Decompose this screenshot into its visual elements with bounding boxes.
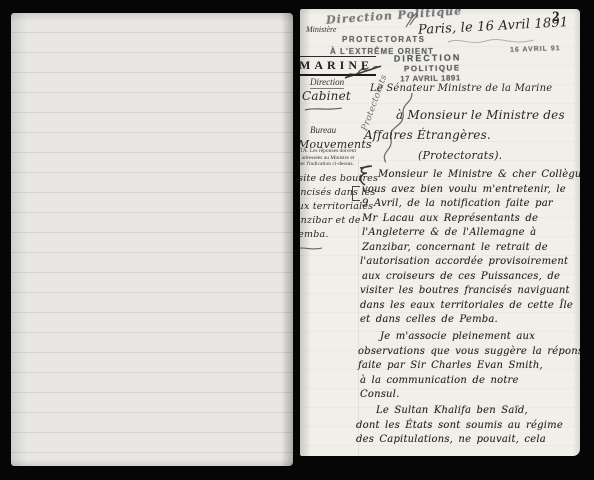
letter-body-line: Le Sultan Khalifa ben Saïd, bbox=[376, 405, 528, 416]
letterhead-bureau-label: Bureau bbox=[310, 125, 336, 135]
letter-body-line: visiter les boutres francisés naviguant bbox=[360, 285, 570, 296]
letter-body-line: Monsieur le Ministre & cher Collègue, bbox=[378, 169, 580, 180]
margin-bracket bbox=[352, 186, 360, 201]
margin-note-line: Zanzibar et de bbox=[300, 215, 361, 226]
letter-body-line: des Capitulations, ne pouvait, cela bbox=[356, 434, 546, 445]
cabinet-underline-flourish bbox=[304, 105, 344, 113]
direction-politique-date-stamp: DIRECTION POLITIQUE 17 AVRIL 1891 bbox=[394, 52, 462, 83]
address-recipient: à Monsieur le Ministre des bbox=[396, 108, 565, 122]
receipt-date-stamp: 16 AVRIL 91 bbox=[510, 45, 561, 54]
letter-body-line: dans les eaux territoriales de cette Île bbox=[360, 300, 573, 311]
letter-body-line: observations que vous suggère la réponse bbox=[358, 346, 580, 357]
direction-stamp-line3: 17 AVRIL 1891 bbox=[400, 73, 462, 83]
letter-body-line: faite par Sir Charles Evan Smith, bbox=[358, 360, 543, 371]
letter-body-line: Zanzibar, concernant le retrait de bbox=[362, 242, 548, 253]
letter-body-line: dont les États sont soumis au régime bbox=[356, 420, 563, 431]
right-page-letter: 2 Paris, le 16 Avril 1891 16 AVRIL 91 Di… bbox=[300, 9, 580, 456]
margin-note-line: Pemba. bbox=[300, 229, 329, 240]
address-sender: Le Sénateur Ministre de la Marine bbox=[370, 83, 552, 94]
letterhead-direction-value: Cabinet bbox=[302, 89, 351, 103]
letter-body-line: Mr Lacau aux Représentants de bbox=[362, 213, 538, 224]
letter-body-line: l'autorisation accordée provisoirement bbox=[360, 256, 568, 267]
address-recipient-2: Affaires Étrangères. bbox=[364, 128, 491, 142]
letter-body-line: Consul. bbox=[360, 389, 399, 400]
letter-body-line: Je m'associe pleinement aux bbox=[380, 331, 535, 342]
letter-body-line: aux croiseurs de ces Puissances, de bbox=[362, 271, 560, 282]
direction-stamp-line1: DIRECTION bbox=[394, 52, 462, 63]
left-page-blank bbox=[11, 13, 293, 466]
letter-body-line: à la communication de notre bbox=[360, 375, 519, 386]
letter-body-line: l'Angleterre & de l'Allemagne à bbox=[362, 227, 536, 238]
letter-body-line: et dans celles de Pemba. bbox=[360, 314, 498, 325]
margin-note-end-dash bbox=[300, 245, 324, 252]
letterhead-direction-label: Direction bbox=[310, 77, 344, 89]
scanned-document-viewer: 2 Paris, le 16 Avril 1891 16 AVRIL 91 Di… bbox=[0, 0, 594, 480]
pen-flourish-under-date bbox=[446, 35, 538, 47]
letter-body-line: vous avez bien voulu m'entretenir, le bbox=[362, 184, 566, 195]
address-service: (Protectorats). bbox=[418, 149, 502, 162]
letterhead-ministry: Ministère bbox=[306, 25, 336, 34]
fold-crease bbox=[358, 159, 359, 455]
letter-body-line: 9 Avril, de la notification faite par bbox=[362, 198, 553, 209]
direction-stamp-line2: POLITIQUE bbox=[404, 63, 462, 73]
protectorats-stamp-line1: PROTECTORATS bbox=[342, 35, 425, 44]
